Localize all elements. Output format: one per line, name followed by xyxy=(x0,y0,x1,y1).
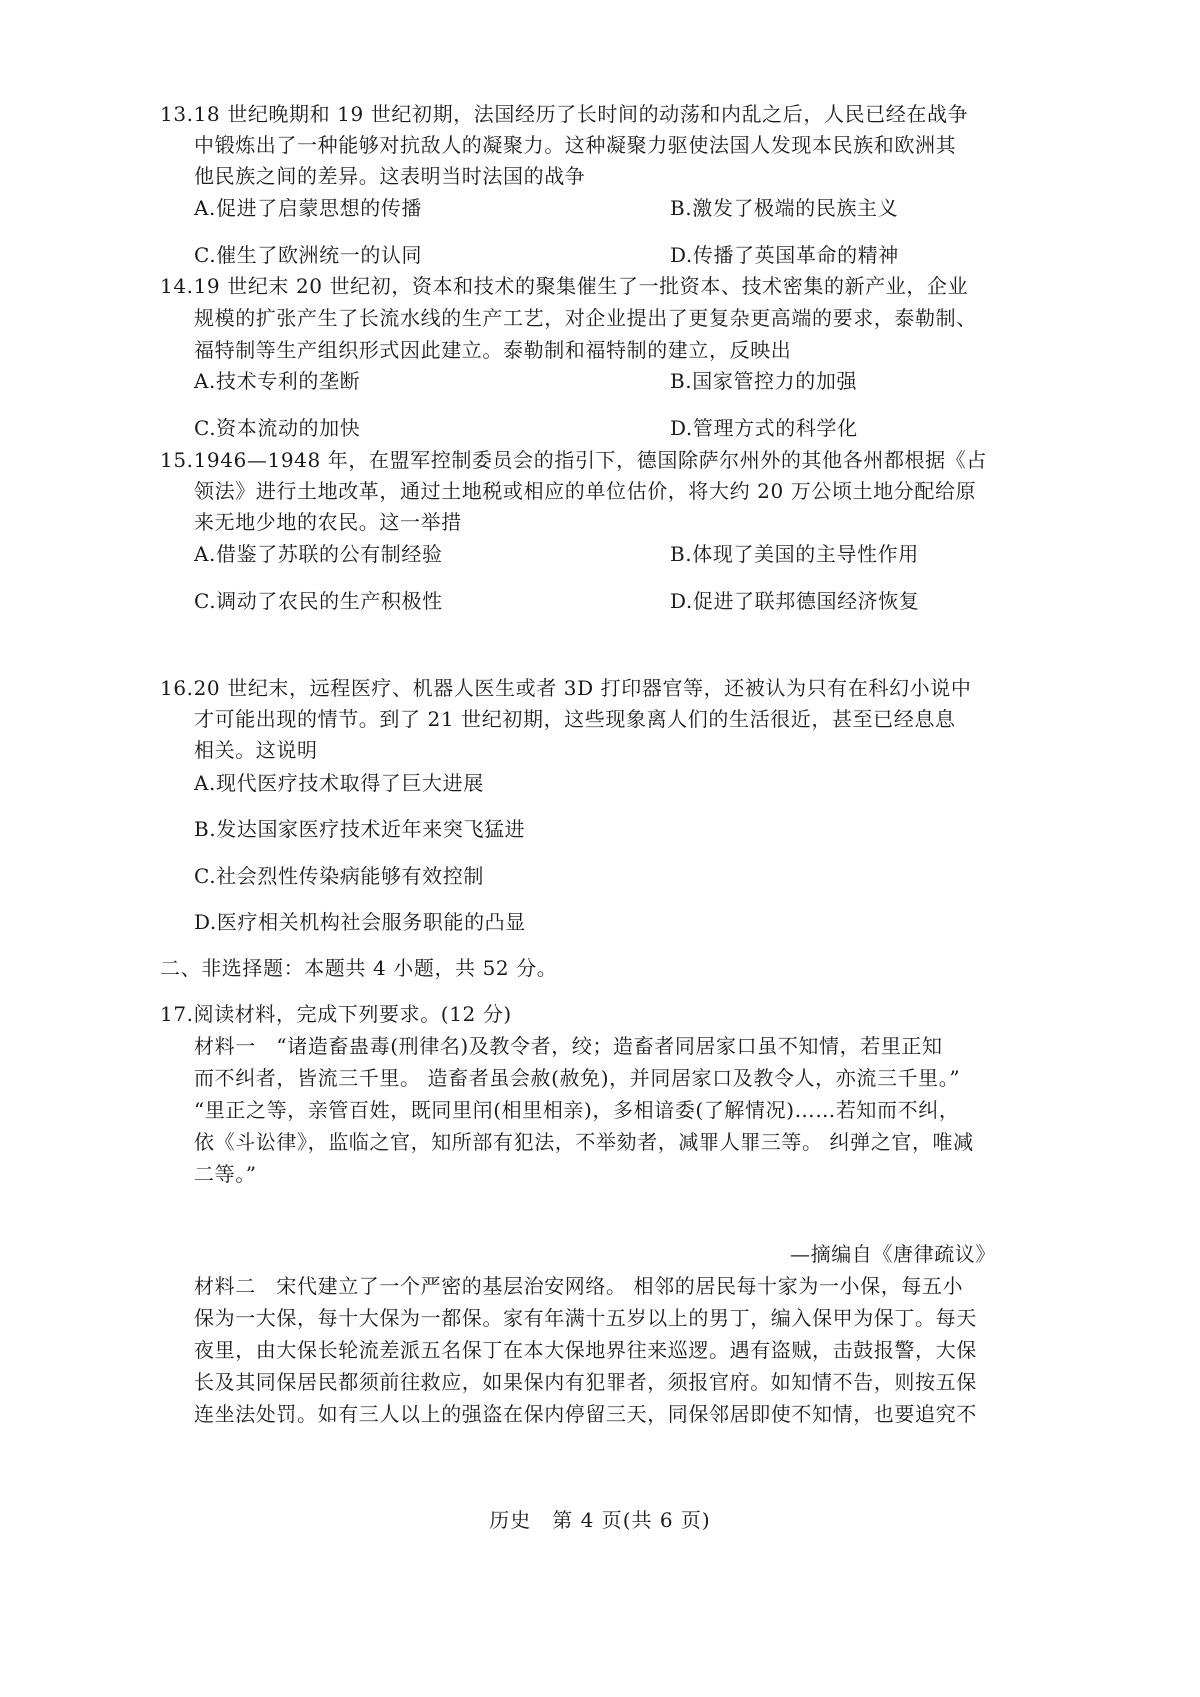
material-1-line-4: 依《斗讼律》，监临之官，知所部有犯法，不举劾者，减罪人罪三等。 纠弹之官，唯减 xyxy=(194,1130,974,1154)
question-14-option-c: C.资本流动的加快 xyxy=(194,416,360,440)
section-heading: 二、非选择题：本题共 4 小题，共 52 分。 xyxy=(160,956,557,980)
question-13-option-d: D.传播了英国革命的精神 xyxy=(670,243,899,267)
question-14-option-d: D.管理方式的科学化 xyxy=(670,416,858,440)
page-footer: 历史 第 4 页(共 6 页) xyxy=(0,1508,1200,1532)
material-1-line-1: 材料一 “诸造畜蛊毒(刑律名)及教令者，绞；造畜者同居家口虽不知情，若里正知 xyxy=(194,1034,943,1058)
question-16-stem-line-2: 才可能出现的情节。到了 21 世纪初期，这些现象离人们的生活很近，甚至已经息息 xyxy=(194,707,956,731)
question-15-option-a: A.借鉴了苏联的公有制经验 xyxy=(194,542,443,566)
material-2-line-2: 保为一大保，每十大保为一都保。家有年满十五岁以上的男丁，编入保甲为保丁。每天 xyxy=(194,1306,977,1330)
question-13-option-a: A.促进了启蒙思想的传播 xyxy=(194,196,422,220)
material-1-line-3: “里正之等，亲管百姓，既同里闬(相里相亲)，多相谙委(了解情况)……若知而不纠， xyxy=(194,1098,959,1122)
question-14-option-b: B.国家管控力的加强 xyxy=(670,369,857,393)
material-2-line-3: 夜里，由大保长轮流差派五名保丁在本大保地界往来巡逻。遇有盗贼，击鼓报警，大保 xyxy=(194,1338,977,1362)
question-16-option-c: C.社会烈性传染病能够有效控制 xyxy=(194,864,484,888)
material-1-line-2: 而不纠者，皆流三千里。 造畜者虽会赦(赦免)，并同居家口及教令人，亦流三千里。” xyxy=(194,1066,960,1090)
question-15-stem-line-3: 来无地少地的农民。这一举措 xyxy=(194,510,462,534)
question-17-title: 17.阅读材料，完成下列要求。(12 分) xyxy=(160,1002,512,1026)
question-15-stem-line-2: 领法》进行土地改革，通过土地税或相应的单位估价，将大约 20 万公顷土地分配给原 xyxy=(194,479,976,503)
material-2-line-1: 材料二 宋代建立了一个严密的基层治安网络。 相邻的居民每十家为一小保，每五小 xyxy=(194,1274,963,1298)
question-16-stem-line-3: 相关。这说明 xyxy=(194,738,318,762)
question-15-option-c: C.调动了农民的生产积极性 xyxy=(194,589,443,613)
exam-page: 13.18 世纪晚期和 19 世纪初期，法国经历了长时间的动荡和内乱之后，人民已… xyxy=(0,0,1200,1697)
question-16-option-a: A.现代医疗技术取得了巨大进展 xyxy=(194,771,484,795)
question-13-option-b: B.激发了极端的民族主义 xyxy=(670,196,898,220)
question-13-option-c: C.催生了欧洲统一的认同 xyxy=(194,243,422,267)
material-2-line-4: 长及其同保居民都须前往救应，如果保内有犯罪者，须报官府。如知情不告，则按五保 xyxy=(194,1370,977,1394)
question-13-stem-line-3: 他民族之间的差异。这表明当时法国的战争 xyxy=(194,164,585,188)
question-14-stem-line-3: 福特制等生产组织形式因此建立。泰勒制和福特制的建立，反映出 xyxy=(194,338,791,362)
question-15-stem-line-1: 15.1946—1948 年，在盟军控制委员会的指引下，德国除萨尔州外的其他各州… xyxy=(160,448,987,472)
question-16-option-b: B.发达国家医疗技术近年来突飞猛进 xyxy=(194,817,525,841)
question-14-stem-line-2: 规模的扩张产生了长流水线的生产工艺，对企业提出了更复杂更高端的要求，泰勒制、 xyxy=(194,306,977,330)
question-15-option-d: D.促进了联邦德国经济恢复 xyxy=(670,589,919,613)
question-14-option-a: A.技术专利的垄断 xyxy=(194,369,360,393)
question-14-stem-line-1: 14.19 世纪末 20 世纪初，资本和技术的聚集催生了一批资本、技术密集的新产… xyxy=(160,274,968,298)
material-1-line-5: 二等。” xyxy=(194,1162,257,1186)
question-16-option-d: D.医疗相关机构社会服务职能的凸显 xyxy=(194,910,526,934)
question-13-stem-line-1: 13.18 世纪晚期和 19 世纪初期，法国经历了长时间的动荡和内乱之后，人民已… xyxy=(160,102,968,126)
question-13-stem-line-2: 中锻炼出了一种能够对抗敌人的凝聚力。这种凝聚力驱使法国人发现本民族和欧洲其 xyxy=(194,133,956,157)
question-16-stem-line-1: 16.20 世纪末，远程医疗、机器人医生或者 3D 打印器官等，还被认为只有在科… xyxy=(160,676,972,700)
material-2-line-5: 连坐法处罚。如有三人以上的强盗在保内停留三天，同保邻居即使不知情，也要追究不 xyxy=(194,1402,977,1426)
question-15-option-b: B.体现了美国的主导性作用 xyxy=(670,542,919,566)
material-1-source: —摘编自《唐律疏议》 xyxy=(790,1242,996,1266)
